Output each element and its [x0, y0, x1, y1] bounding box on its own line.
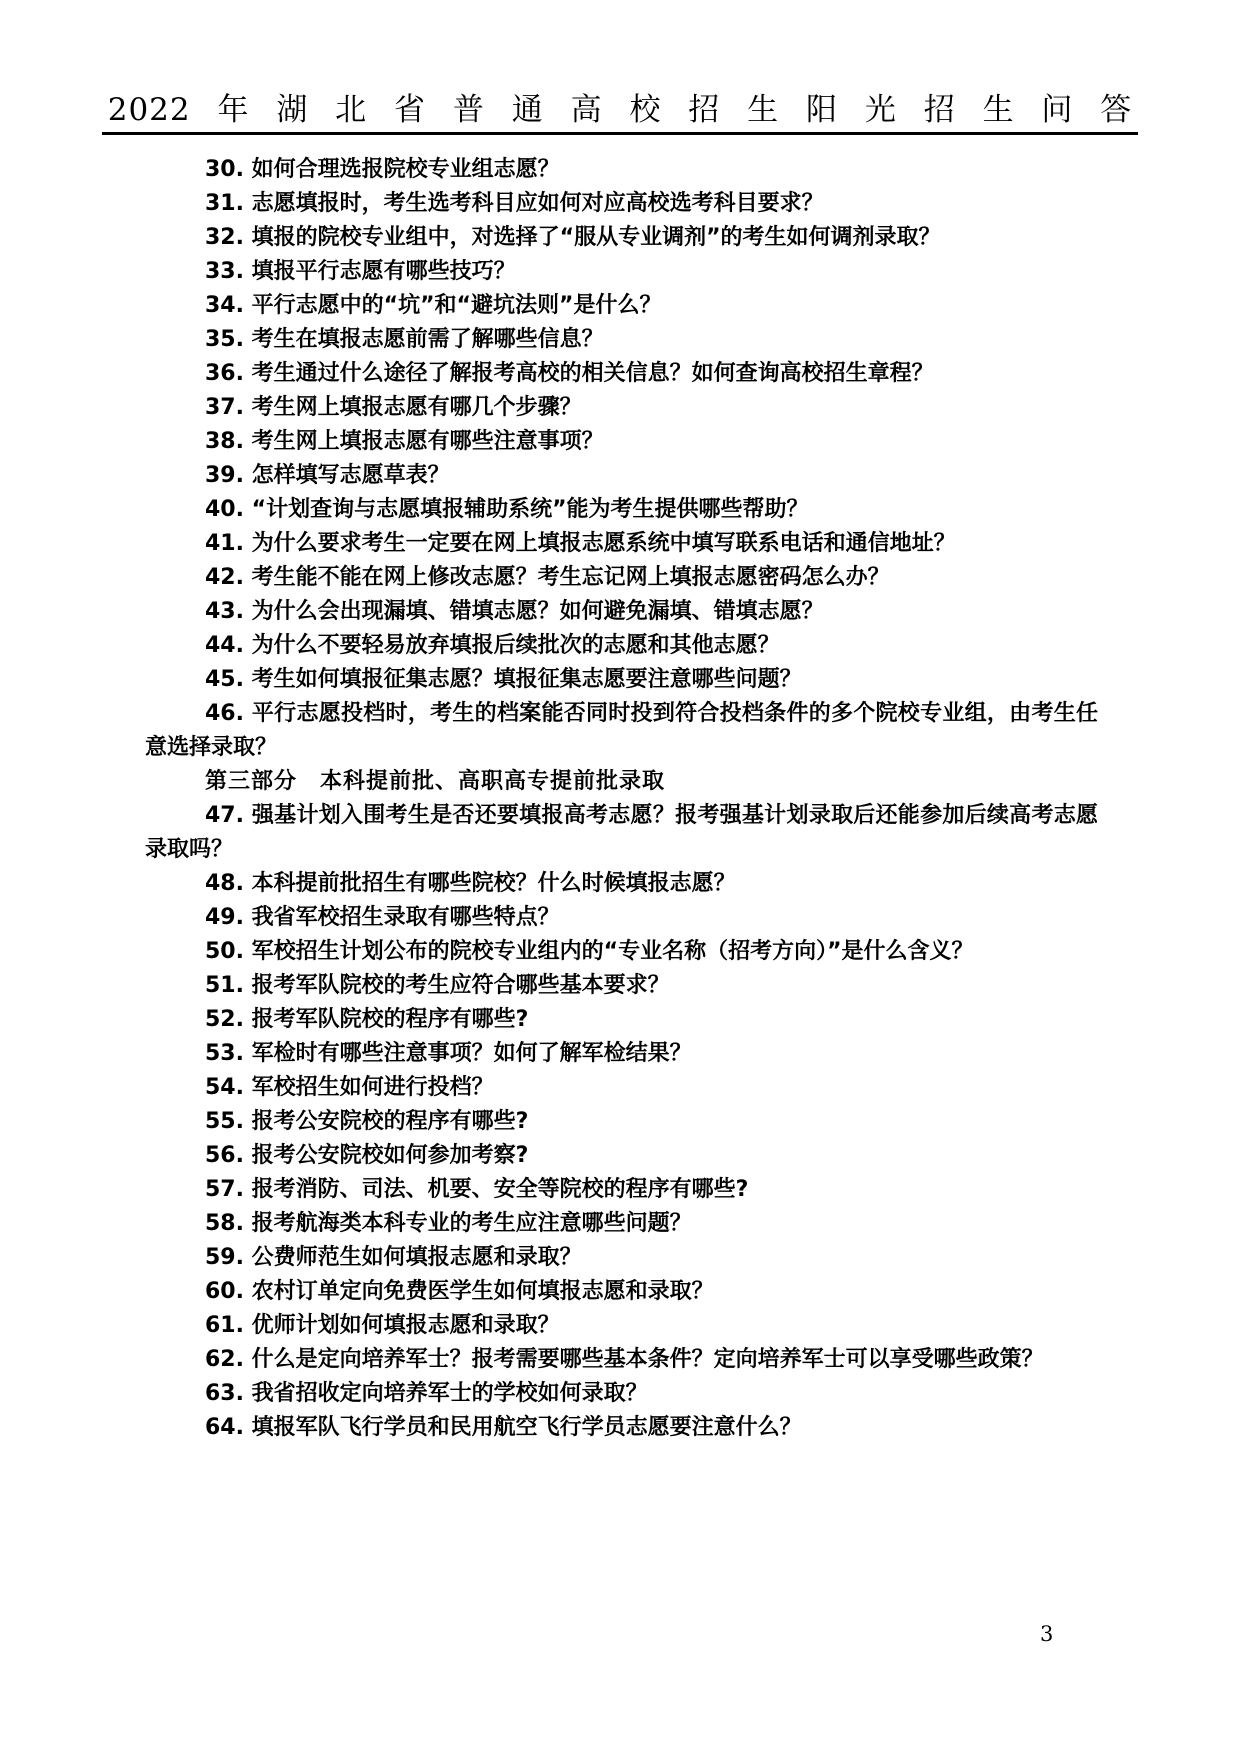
toc-question-item: 43. 为什么会出现漏填、错填志愿？如何避免漏填、错填志愿？: [145, 595, 1098, 629]
page-header: 2022 年 湖 北 省 普 通 高 校 招 生 阳 光 招 生 问 答: [0, 0, 1240, 135]
toc-question-item: 48. 本科提前批招生有哪些院校？什么时候填报志愿？: [145, 867, 1098, 901]
table-of-contents: 30. 如何合理选报院校专业组志愿？31. 志愿填报时，考生选考科目应如何对应高…: [145, 153, 1098, 1445]
toc-question-item: 59. 公费师范生如何填报志愿和录取？: [145, 1241, 1098, 1275]
page-number: 3: [1040, 1622, 1053, 1646]
toc-question-item: 62. 什么是定向培养军士？报考需要哪些基本条件？定向培养军士可以享受哪些政策？: [145, 1343, 1098, 1377]
toc-question-item: 63. 我省招收定向培养军士的学校如何录取？: [145, 1377, 1098, 1411]
toc-question-item: 44. 为什么不要轻易放弃填报后续批次的志愿和其他志愿？: [145, 629, 1098, 663]
toc-question-item: 61. 优师计划如何填报志愿和录取？: [145, 1309, 1098, 1343]
toc-question-item: 42. 考生能不能在网上修改志愿？考生忘记网上填报志愿密码怎么办？: [145, 561, 1098, 595]
toc-question-item: 53. 军检时有哪些注意事项？如何了解军检结果？: [145, 1037, 1098, 1071]
section-heading-part3: 第三部分 本科提前批、高职高专提前批录取: [145, 765, 1098, 799]
toc-question-item: 58. 报考航海类本科专业的考生应注意哪些问题？: [145, 1207, 1098, 1241]
toc-question-item: 32. 填报的院校专业组中，对选择了“服从专业调剂”的考生如何调剂录取？: [145, 221, 1098, 255]
toc-question-item: 52. 报考军队院校的程序有哪些?: [145, 1003, 1098, 1037]
question-list-part2: 30. 如何合理选报院校专业组志愿？31. 志愿填报时，考生选考科目应如何对应高…: [145, 153, 1098, 765]
toc-question-item: 40. “计划查询与志愿填报辅助系统”能为考生提供哪些帮助？: [145, 493, 1098, 527]
toc-question-item: 31. 志愿填报时，考生选考科目应如何对应高校选考科目要求？: [145, 187, 1098, 221]
toc-question-item: 60. 农村订单定向免费医学生如何填报志愿和录取？: [145, 1275, 1098, 1309]
toc-question-item: 45. 考生如何填报征集志愿？填报征集志愿要注意哪些问题？: [145, 663, 1098, 697]
toc-question-item: 57. 报考消防、司法、机要、安全等院校的程序有哪些?: [145, 1173, 1098, 1207]
toc-question-item: 30. 如何合理选报院校专业组志愿？: [145, 153, 1098, 187]
toc-question-item: 34. 平行志愿中的“坑”和“避坑法则”是什么？: [145, 289, 1098, 323]
toc-question-item: 38. 考生网上填报志愿有哪些注意事项？: [145, 425, 1098, 459]
toc-question-item: 50. 军校招生计划公布的院校专业组内的“专业名称（招考方向）”是什么含义？: [145, 935, 1098, 969]
toc-question-item: 49. 我省军校招生录取有哪些特点？: [145, 901, 1098, 935]
toc-question-item: 37. 考生网上填报志愿有哪几个步骤？: [145, 391, 1098, 425]
toc-question-item: 51. 报考军队院校的考生应符合哪些基本要求？: [145, 969, 1098, 1003]
toc-question-item: 54. 军校招生如何进行投档？: [145, 1071, 1098, 1105]
document-page: 2022 年 湖 北 省 普 通 高 校 招 生 阳 光 招 生 问 答 30.…: [0, 0, 1240, 1753]
toc-question-item: 56. 报考公安院校如何参加考察?: [145, 1139, 1098, 1173]
toc-question-item: 64. 填报军队飞行学员和民用航空飞行学员志愿要注意什么？: [145, 1411, 1098, 1445]
toc-question-item: 36. 考生通过什么途径了解报考高校的相关信息？如何查询高校招生章程？: [145, 357, 1098, 391]
toc-question-item: 39. 怎样填写志愿草表？: [145, 459, 1098, 493]
toc-question-item: 46. 平行志愿投档时，考生的档案能否同时投到符合投档条件的多个院校专业组，由考…: [145, 697, 1098, 765]
toc-question-item: 33. 填报平行志愿有哪些技巧？: [145, 255, 1098, 289]
toc-question-item: 55. 报考公安院校的程序有哪些?: [145, 1105, 1098, 1139]
toc-question-item: 47. 强基计划入围考生是否还要填报高考志愿？报考强基计划录取后还能参加后续高考…: [145, 799, 1098, 867]
toc-question-item: 41. 为什么要求考生一定要在网上填报志愿系统中填写联系电话和通信地址？: [145, 527, 1098, 561]
question-list-part3: 47. 强基计划入围考生是否还要填报高考志愿？报考强基计划录取后还能参加后续高考…: [145, 799, 1098, 1445]
toc-question-item: 35. 考生在填报志愿前需了解哪些信息？: [145, 323, 1098, 357]
document-header-title: 2022 年 湖 北 省 普 通 高 校 招 生 阳 光 招 生 问 答: [102, 84, 1139, 135]
